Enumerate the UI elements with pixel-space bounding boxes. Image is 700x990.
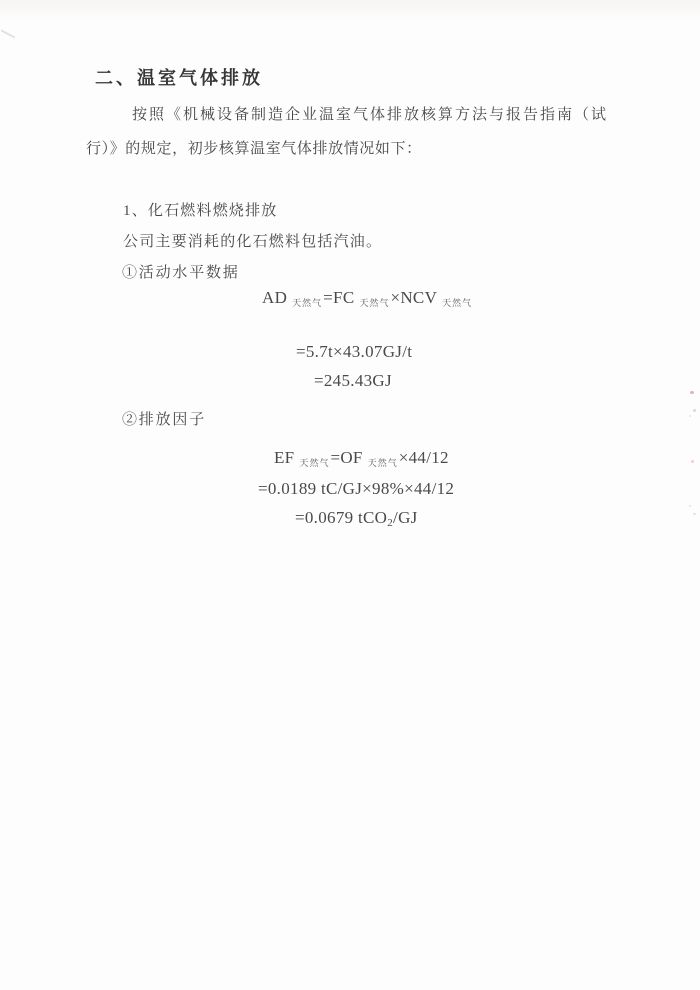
formula-term: =FC — [323, 288, 354, 307]
scan-smudge-artifact — [0, 29, 15, 38]
formula-term: =OF — [330, 448, 362, 467]
subscript-natural-gas: 天然气 — [442, 296, 472, 309]
formula-term: =0.0679 tCO — [295, 508, 387, 527]
ink-speck — [693, 513, 696, 515]
emission-factor-formula-step: =0.0189 tC/GJ×98%×44/12 — [258, 479, 454, 499]
emission-factor-formula-definition: EF天然气=OF天然气×44/12 — [274, 448, 449, 468]
emission-factor-formula-result: =0.0679 tCO2/GJ — [295, 508, 418, 528]
subscript-natural-gas: 天然气 — [368, 456, 398, 469]
ink-speck — [690, 391, 694, 394]
formula-term: ×NCV — [390, 288, 437, 307]
ink-speck — [693, 409, 696, 412]
formula-term: AD — [262, 288, 287, 307]
intro-line-1: 按照《机械设备制造企业温室气体排放核算方法与报告指南（试 — [132, 103, 608, 124]
emission-factor-label: ②排放因子 — [122, 408, 206, 429]
subsection-title-fossil-fuel: 1、化石燃料燃烧排放 — [123, 199, 278, 220]
fuel-consumption-note: 公司主要消耗的化石燃料包括汽油。 — [123, 230, 382, 251]
formula-term: ×44/12 — [399, 448, 449, 467]
ink-speck — [689, 505, 691, 507]
subscript-natural-gas: 天然气 — [292, 296, 322, 309]
ink-speck — [689, 415, 691, 417]
formula-term: /GJ — [393, 508, 418, 527]
document-page: 二、温室气体排放 按照《机械设备制造企业温室气体排放核算方法与报告指南（试 行）… — [0, 0, 700, 990]
intro-line-2: 行）》的规定，初步核算温室气体排放情况如下： — [86, 137, 422, 158]
subscript-natural-gas: 天然气 — [299, 456, 329, 469]
section-heading: 二、温室气体排放 — [95, 64, 263, 90]
activity-formula-result: =245.43GJ — [314, 371, 392, 391]
formula-term: EF — [274, 448, 294, 467]
activity-formula-definition: AD天然气=FC天然气×NCV天然气 — [262, 288, 473, 308]
ink-speck — [691, 460, 694, 463]
activity-formula-step: =5.7t×43.07GJ/t — [296, 342, 412, 362]
activity-data-label: ①活动水平数据 — [122, 261, 240, 282]
subscript-two: 2 — [387, 517, 393, 529]
subscript-natural-gas: 天然气 — [359, 296, 389, 309]
